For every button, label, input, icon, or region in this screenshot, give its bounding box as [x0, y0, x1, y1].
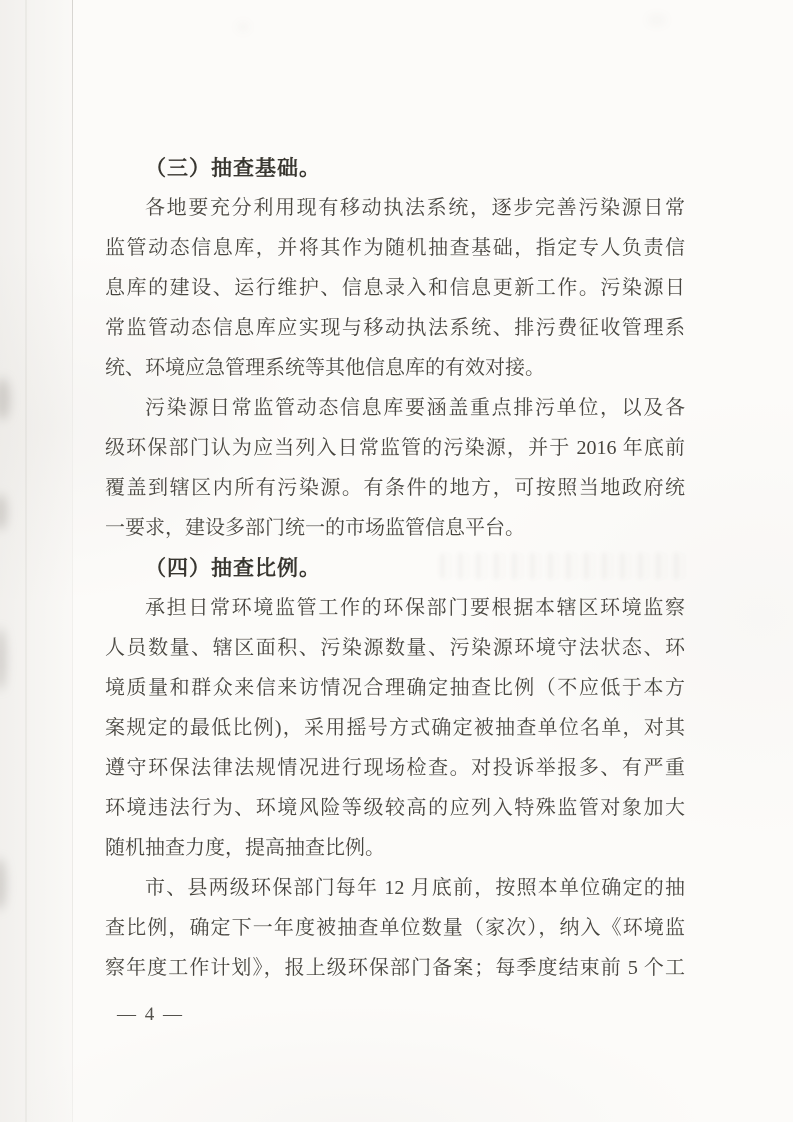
- scan-smudge: [648, 16, 666, 24]
- body-text-line: 案规定的最低比例)，采用摇号方式确定被抽查单位名单，对其: [105, 708, 685, 748]
- body-text-line: 各地要充分利用现有移动执法系统，逐步完善污染源日常: [105, 188, 685, 228]
- body-text-line: 察年度工作计划》，报上级环保部门备案；每季度结束前 5 个工: [105, 948, 685, 988]
- scan-fold-line: [72, 0, 73, 1122]
- body-text-line: 覆盖到辖区内所有污染源。有条件的地方，可按照当地政府统: [105, 468, 685, 508]
- document-body: （三）抽查基础。 各地要充分利用现有移动执法系统，逐步完善污染源日常 监管动态信…: [105, 148, 685, 988]
- scan-smudge: [0, 628, 6, 690]
- scan-edge-line: [25, 0, 27, 1122]
- body-text-line: 遵守环保法律法规情况进行现场检查。对投诉举报多、有严重: [105, 748, 685, 788]
- body-text-line: 人员数量、辖区面积、污染源数量、污染源环境守法状态、环: [105, 628, 685, 668]
- body-text-line: 监管动态信息库，并将其作为随机抽查基础，指定专人负责信: [105, 228, 685, 268]
- body-text-line: 常监管动态信息库应实现与移动执法系统、排污费征收管理系: [105, 308, 685, 348]
- scan-smudge: [238, 24, 248, 30]
- body-text-line: 污染源日常监管动态信息库要涵盖重点排污单位，以及各: [105, 388, 685, 428]
- body-text-line: 随机抽查力度，提高抽查比例。: [105, 828, 685, 868]
- scan-smudge: [0, 858, 6, 910]
- page-number: — 4 —: [117, 1002, 184, 1028]
- body-text-line: 息库的建设、运行维护、信息录入和信息更新工作。污染源日: [105, 268, 685, 308]
- body-text-line: 承担日常环境监管工作的环保部门要根据本辖区环境监察: [105, 588, 685, 628]
- section-heading: （四）抽查比例。: [105, 548, 685, 588]
- body-text-line: 环境违法行为、环境风险等级较高的应列入特殊监管对象加大: [105, 788, 685, 828]
- scanned-document-page: （三）抽查基础。 各地要充分利用现有移动执法系统，逐步完善污染源日常 监管动态信…: [0, 0, 793, 1122]
- body-text-line: 一要求，建设多部门统一的市场监管信息平台。: [105, 508, 685, 548]
- body-text-line: 境质量和群众来信来访情况合理确定抽查比例（不应低于本方: [105, 668, 685, 708]
- section-heading: （三）抽查基础。: [105, 148, 685, 188]
- scan-smudge: [0, 378, 10, 420]
- body-text-line: 市、县两级环保部门每年 12 月底前，按照本单位确定的抽: [105, 868, 685, 908]
- scan-smudge: [0, 494, 7, 530]
- scan-left-shade: [0, 0, 73, 1122]
- body-text-line: 统、环境应急管理系统等其他信息库的有效对接。: [105, 348, 685, 388]
- body-text-line: 级环保部门认为应当列入日常监管的污染源，并于 2016 年底前: [105, 428, 685, 468]
- body-text-line: 查比例，确定下一年度被抽查单位数量（家次），纳入《环境监: [105, 908, 685, 948]
